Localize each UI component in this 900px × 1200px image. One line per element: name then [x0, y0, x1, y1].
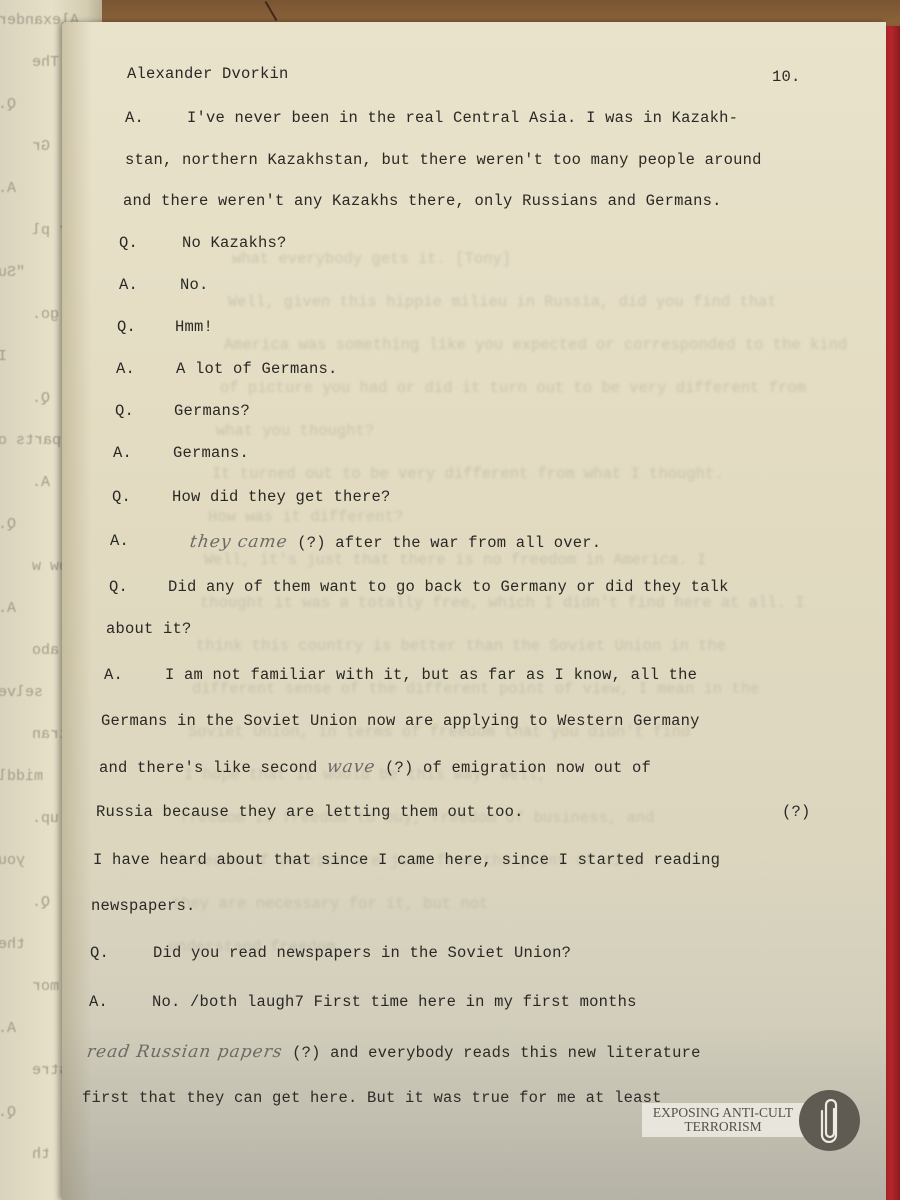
transcript-line: How did they get there?: [172, 488, 391, 506]
transcript-line: No.: [180, 276, 209, 294]
transcript-line: about it?: [106, 620, 192, 638]
show-through-line: of picture you had or did it turn out to…: [220, 379, 806, 397]
transcript-line: I am not familiar with it, but as far as…: [165, 666, 697, 684]
speaker-label: Q.: [119, 234, 138, 252]
line-text: Germans in the Soviet Union now are appl…: [101, 712, 700, 730]
line-text: I've never been in the real Central Asia…: [187, 109, 738, 127]
show-through-line: thought it was a totally free, which I d…: [200, 594, 805, 612]
mirrored-fragment: Q.: [32, 390, 50, 407]
speaker-label: Q.: [115, 402, 134, 420]
transcript-line: first that they can get here. But it was…: [82, 1089, 662, 1107]
header-interviewee-name: Alexander Dvorkin: [127, 65, 289, 83]
handwritten-annotation: they came: [189, 532, 289, 552]
mirrored-fragment: Q.: [0, 516, 16, 533]
line-text: newspapers.: [91, 897, 196, 915]
mirrored-fragment: A.: [0, 180, 16, 197]
show-through-line: How was it different?: [208, 508, 403, 526]
transcript-line: Germans in the Soviet Union now are appl…: [101, 712, 700, 730]
line-text: Did you read newspapers in the Soviet Un…: [153, 944, 571, 962]
watermark-label: EXPOSING ANTI-CULT TERRORISM: [642, 1103, 804, 1137]
mirrored-fragment: up.: [32, 810, 59, 827]
line-text: I am not familiar with it, but as far as…: [165, 666, 697, 684]
mirrored-fragment: middl: [0, 768, 43, 785]
show-through-line: what you thought?: [216, 422, 374, 440]
mirrored-fragment: mor: [32, 978, 59, 995]
speaker-label: A.: [89, 993, 108, 1011]
mirrored-fragment: Q.: [0, 96, 16, 113]
line-text: Hmm!: [175, 318, 213, 336]
speaker-label: Q.: [109, 578, 128, 596]
show-through-line: America was something like you expected …: [224, 336, 847, 354]
watermark-line-2: TERRORISM: [642, 1120, 804, 1134]
line-text: Russia because they are letting them out…: [96, 803, 524, 821]
line-text: No Kazakhs?: [182, 234, 287, 252]
show-through-line: think this country is better than the So…: [196, 637, 726, 655]
show-through-line: what everybody gets it. [Tony]: [232, 250, 511, 268]
transcript-line: A lot of Germans.: [176, 360, 338, 378]
trailing-query-mark: (?): [782, 803, 811, 821]
mirrored-fragment: Gr: [32, 138, 50, 155]
line-text: and there weren't any Kazakhs there, onl…: [123, 192, 722, 210]
transcript-line: stan, northern Kazakhstan, but there wer…: [125, 151, 762, 169]
mirrored-fragment: selve: [0, 684, 43, 701]
transcript-line: Germans?: [174, 402, 250, 420]
mirrored-fragment: Q.: [32, 894, 50, 911]
handwritten-annotation: wave: [326, 757, 377, 777]
line-text: First time here in my first months: [314, 993, 637, 1011]
speaker-label: A.: [125, 109, 144, 127]
line-text: (?) and everybody reads this new literat…: [292, 1044, 701, 1062]
transcript-line: Did any of them want to go back to Germa…: [168, 578, 729, 596]
show-through-line: Well, it's just that there is no freedom…: [204, 551, 706, 569]
speaker-label: A.: [116, 360, 135, 378]
mirrored-fragment: "Su: [0, 264, 25, 281]
transcript-line: No. /both laugh7 First time here in my f…: [152, 993, 637, 1011]
mirrored-fragment: you: [0, 852, 25, 869]
transcript-line: I have heard about that since I came her…: [93, 851, 720, 869]
line-text: (?) of emigration now out of: [385, 759, 651, 777]
transcript-line: Did you read newspapers in the Soviet Un…: [153, 944, 571, 962]
speaker-label: A.: [113, 444, 132, 462]
transcript-line: Hmm!: [175, 318, 213, 336]
line-text: stan, northern Kazakhstan, but there wer…: [125, 151, 762, 169]
watermark-logo: [799, 1090, 860, 1151]
speaker-label: Q.: [117, 318, 136, 336]
speaker-label: A.: [119, 276, 138, 294]
transcript-page: what everybody gets it. [Tony]Well, give…: [62, 22, 886, 1200]
line-text: about it?: [106, 620, 192, 638]
mirrored-fragment: The: [32, 54, 59, 71]
mirrored-fragment: A.: [0, 1020, 16, 1037]
speaker-label: A.: [104, 666, 123, 684]
show-through-line: Well, given this hippie milieu in Russia…: [228, 293, 777, 311]
show-through-line: they are necessary for it, but not: [172, 895, 488, 913]
speaker-label: Q.: [112, 488, 131, 506]
mirrored-fragment: A.: [32, 474, 50, 491]
transcript-line: Russia because they are letting them out…: [96, 803, 524, 821]
transcript-line: No Kazakhs?: [182, 234, 287, 252]
speaker-label: A.: [110, 532, 129, 550]
show-through-line: It turned out to be very different from …: [212, 465, 724, 483]
transcript-line: I've never been in the real Central Asia…: [187, 109, 738, 127]
transcript-line: Germans.: [173, 444, 249, 462]
line-text: Germans?: [174, 402, 250, 420]
mirrored-fragment: go.: [32, 306, 59, 323]
transcript-line: they came (?) after the war from all ove…: [190, 532, 601, 552]
line-text: A lot of Germans.: [176, 360, 338, 378]
line-text-before: No.: [152, 993, 181, 1011]
line-text: (?) after the war from all over.: [297, 534, 601, 552]
transcript-line: newspapers.: [91, 897, 196, 915]
speaker-label: Q.: [90, 944, 109, 962]
line-text: Did any of them want to go back to Germa…: [168, 578, 729, 596]
line-text: How did they get there?: [172, 488, 391, 506]
page-number: 10.: [772, 68, 801, 86]
bracketed-note-text: both laugh: [200, 993, 295, 1011]
line-text: No.: [180, 276, 209, 294]
line-text: I have heard about that since I came her…: [93, 851, 720, 869]
transcript-line: and there weren't any Kazakhs there, onl…: [123, 192, 722, 210]
transcript-line: read Russian papers (?) and everybody re…: [87, 1042, 701, 1062]
transcript-line: and there's like second wave (?) of emig…: [99, 757, 651, 777]
mirrored-fragment: parts o: [0, 432, 61, 449]
watermark-line-1: EXPOSING ANTI-CULT: [642, 1106, 804, 1120]
line-text-before: and there's like second: [99, 759, 318, 777]
line-text: first that they can get here. But it was…: [82, 1089, 662, 1107]
mirrored-fragment: A.: [0, 600, 16, 617]
mirrored-fragment: I: [0, 348, 7, 365]
mirrored-fragment: Q.: [0, 1104, 16, 1121]
bracketed-note: /both laugh7: [190, 993, 304, 1011]
mirrored-fragment: the: [0, 936, 25, 953]
mirrored-fragment: th: [32, 1146, 50, 1163]
paperclip-icon: [819, 1099, 841, 1143]
handwritten-annotation: read Russian papers: [86, 1042, 284, 1062]
line-text: Germans.: [173, 444, 249, 462]
